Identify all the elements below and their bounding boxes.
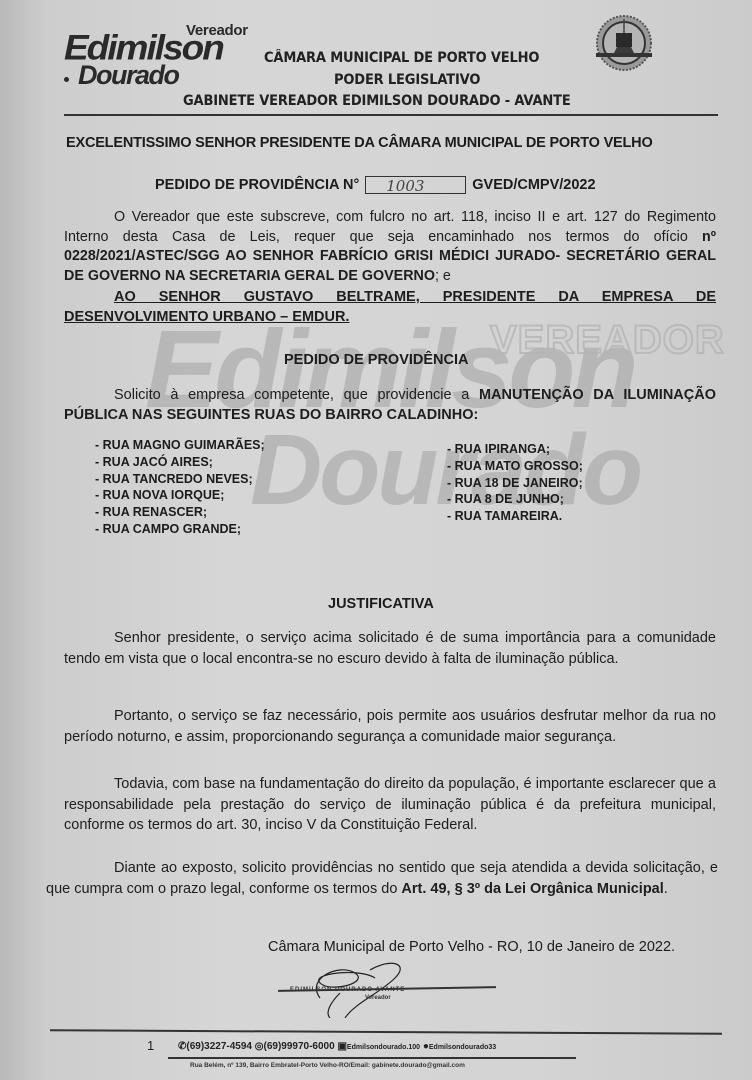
request-text: Solicito à empresa competente, que provi… — [114, 387, 479, 403]
request-number-field: 1003 — [365, 176, 466, 194]
request-suffix: GVED/CMPV/2022 — [472, 177, 595, 193]
header-divider — [64, 114, 718, 116]
phone-number: (69)3227-4594 — [186, 1041, 252, 1052]
section-title-justificativa: JUSTIFICATIVA — [328, 596, 434, 612]
second-recipient-text: AO SENHOR GUSTAVO BELTRAME, PRESIDENTE D… — [64, 289, 716, 325]
header-branch: PODER LEGISLATIVO — [334, 72, 480, 88]
request-number-row: PEDIDO DE PROVIDÊNCIA N° 1003 GVED/CMPV/… — [155, 176, 596, 194]
facebook-handle: Edmilsondourado33 — [429, 1044, 496, 1051]
justification-end: . — [664, 881, 668, 897]
intro-paragraph: O Vereador que este subscreve, com fulcr… — [64, 208, 716, 286]
logo-name-last: Dourado — [78, 60, 179, 91]
street-item: - RUA NOVA IORQUE; — [95, 487, 265, 504]
street-item: - RUA CAMPO GRANDE; — [95, 521, 265, 538]
justification-paragraph-2: Portanto, o serviço se faz necessário, p… — [64, 706, 716, 748]
signatory-name: EDIMILSON DOURADO AVANTE — [290, 987, 405, 993]
street-item: - RUA TANCREDO NEVES; — [95, 471, 265, 488]
street-item: - RUA MAGNO GUIMARÃES; — [95, 437, 265, 454]
street-item: - RUA RENASCER; — [95, 504, 265, 521]
streets-list-left: - RUA MAGNO GUIMARÃES;- RUA JACÓ AIRES;-… — [95, 437, 265, 538]
place-date: Câmara Municipal de Porto Velho - RO, 10… — [268, 939, 675, 955]
addressee: EXCELENTISSIMO SENHOR PRESIDENTE DA CÂMA… — [66, 135, 653, 151]
header-chamber: CÂMARA MUNICIPAL DE PORTO VELHO — [264, 50, 539, 66]
streets-list-right: - RUA IPIRANGA;- RUA MATO GROSSO;- RUA 1… — [447, 441, 583, 525]
signatory-title: Vereador — [365, 995, 391, 1001]
footer-contact-divider — [168, 1057, 576, 1059]
justification-paragraph-1: Senhor presidente, o serviço acima solic… — [64, 628, 716, 670]
instagram-icon: ▣ — [337, 1041, 346, 1052]
page-number: 1 — [147, 1038, 154, 1053]
street-item: - RUA JACÓ AIRES; — [95, 454, 265, 471]
intro-connector: ; e — [435, 268, 451, 284]
footer-divider — [50, 1029, 722, 1035]
request-paragraph: Solicito à empresa competente, que provi… — [64, 386, 716, 425]
whatsapp-number: (69)99970-6000 — [264, 1041, 335, 1052]
whatsapp-icon: ◎ — [255, 1041, 264, 1052]
justification-text-2: Portanto, o serviço se faz necessário, p… — [64, 708, 716, 745]
intro-text: O Vereador que este subscreve, com fulcr… — [64, 209, 716, 245]
street-item: - RUA TAMAREIRA. — [447, 508, 583, 525]
legal-reference: Art. 49, § 3º da Lei Orgânica Municipal — [401, 881, 663, 897]
street-item: - RUA MATO GROSSO; — [447, 458, 583, 475]
municipal-seal-icon — [588, 13, 660, 73]
logo-dot — [64, 77, 69, 82]
request-label: PEDIDO DE PROVIDÊNCIA N° — [155, 177, 359, 193]
justification-text-1: Senhor presidente, o serviço acima solic… — [64, 630, 716, 667]
footer-address: Rua Belém, nº 139, Bairro Embratel-Porto… — [190, 1062, 465, 1069]
street-item: - RUA 18 DE JANEIRO; — [447, 475, 583, 492]
instagram-handle: Edmilsondourado.100 — [347, 1044, 420, 1051]
intro-second-recipient: AO SENHOR GUSTAVO BELTRAME, PRESIDENTE D… — [64, 288, 716, 327]
section-title-pedido: PEDIDO DE PROVIDÊNCIA — [284, 352, 469, 368]
justification-paragraph-4: Diante ao exposto, solicito providências… — [46, 858, 718, 900]
justification-text-3: Todavia, com base na fundamentação do di… — [64, 776, 716, 833]
footer-contacts: ✆(69)3227-4594 ◎(69)99970-6000 ▣Edmilson… — [178, 1041, 496, 1052]
justification-paragraph-3: Todavia, com base na fundamentação do di… — [64, 774, 716, 836]
street-item: - RUA IPIRANGA; — [447, 441, 583, 458]
header-office: GABINETE VEREADOR EDIMILSON DOURADO - AV… — [183, 93, 571, 109]
street-item: - RUA 8 DE JUNHO; — [447, 491, 583, 508]
